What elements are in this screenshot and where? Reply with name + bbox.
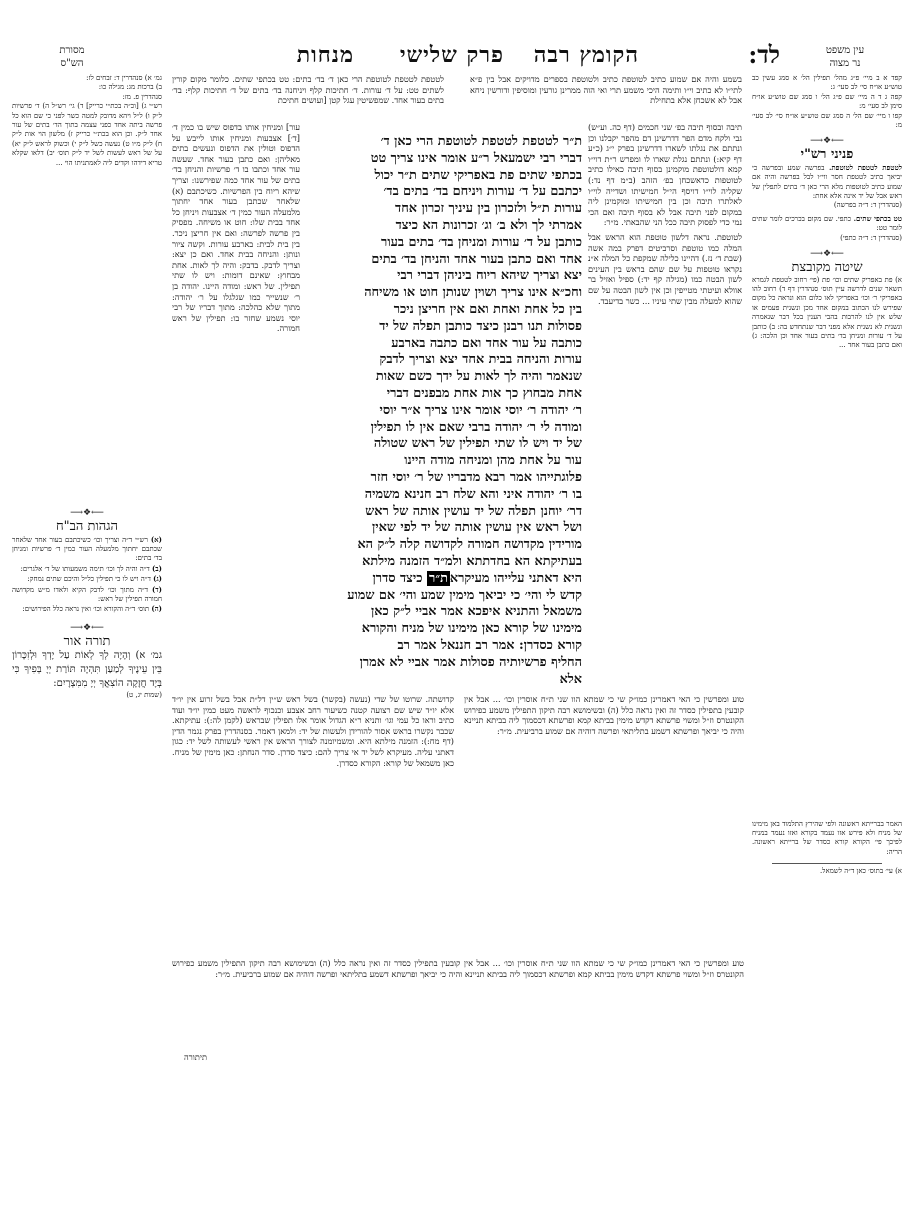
gemara-line: בכתפי שתים פת באפריקי שתים ת״ר יכול — [306, 168, 582, 185]
masoret-hashas: גמ׳ א) סנהדרין ד: זבחים לז: ב) ברכות מג:… — [12, 74, 162, 102]
hagaha-mark: (ה) — [151, 604, 162, 613]
tanu-rabanan-highlight: ת״ר — [427, 571, 450, 586]
masoret-hashas-label-line1: מסורת — [42, 44, 102, 57]
gemara-line: אלא — [306, 672, 582, 689]
footnote-rule — [772, 863, 882, 864]
pninei-rashi-title: פניני רש"י — [752, 150, 902, 159]
tosafot-bottom: טוע ומפרשין כי האי דאמרינן כמו״ק שי כי ש… — [464, 694, 744, 954]
gemara-line: ושל ראש אין עושין אותה של יד לפי שאין — [306, 520, 582, 537]
rashi-top: לטטפת לטטפת לטוטפת הרי כאן ד׳ בד׳ בתים: … — [172, 74, 444, 106]
gemara-line: יכתבם על ד׳ עורות ויניחם בד׳ בתים בד׳ — [306, 184, 582, 201]
pninei-rashi-lemma: טט בכתפי שתים. — [854, 214, 902, 223]
rashi-bottom: קדושתה. שרוטו של שדי (נעשה (בקשר) בשל רא… — [172, 694, 454, 954]
ornament-divider: ⟵❖⟶ — [752, 249, 902, 259]
gemara-line: היא דאתני עלייהו מעיקראת״ר כיצד סדרן — [306, 571, 582, 588]
shita-mekubetzet-end: האמר בברייתא ראשונה ולפי שהירץ התלמוד בא… — [752, 820, 902, 858]
gemara-line: מורידין מקדושה חמורה לקדושה קלה ל״ק הא — [306, 537, 582, 554]
gemara-line: ר׳ יהודה ר׳ יוסי אומר אינו צריך א״ר יוסי — [306, 403, 582, 420]
tosafot-side: תיבה ובסוף תיבה בפ׳ שני חכמים (דף כה. וע… — [588, 122, 742, 652]
tosafot-bottom-wide: טוע ומפרשין כי האי דאמרינן כמו״ק שי כי ש… — [172, 958, 744, 1048]
gemara-line: עורות והניחה בבית אחד יצא וצריך לדבק — [306, 352, 582, 369]
pninei-rashi-ref: (סנהדרין ד: ד״ה כתפי) — [752, 234, 902, 243]
pninei-rashi: לטטפת לטטפת לטוטפת. בפרשה שמע ובפרשה כי … — [752, 163, 902, 243]
ein-mishpat-entry: קפה ג ד ה מיי׳ שם פ״ג הל׳ ו סמג שם טוש״ע… — [752, 93, 902, 112]
torah-or-ref: (שמות יג, ט) — [12, 691, 162, 700]
gemara-line: יצא וצריך שיהא ריוח ביניהן דברי רבי — [306, 268, 582, 285]
daf-number: לד: — [748, 40, 780, 70]
masoret-entry: גמ׳ א) סנהדרין ד: זבחים לז: — [12, 74, 162, 83]
torah-or-title: תורה אור — [12, 637, 162, 646]
ein-mishpat-label-line2: נר מצוה — [810, 57, 880, 70]
ornament-divider: ⟵❖⟶ — [12, 623, 162, 633]
gemara-line: משמאל והתניא איפכא אמר אביי ל״ק כאן — [306, 604, 582, 621]
ornament-divider: ⟵❖⟶ — [752, 136, 902, 146]
tosafot-tosefet: לטוטפת. נראה דלשון טוטפת הוא הראש אבל המ… — [588, 232, 742, 652]
masoret-entry: סנהדרין פ. מז: — [12, 93, 162, 102]
masoret-entry: ב) ברכות מג: מגילה כו: — [12, 83, 162, 92]
rashi-side: עור] ומניחין אותו בדפוס שיש בו כמין ד׳ [… — [172, 122, 300, 682]
catchword: תיתורה — [184, 1052, 207, 1063]
left-margin: גמ׳ א) סנהדרין ד: זבחים לז: ב) ברכות מג:… — [12, 74, 162, 701]
chapter-number: פרק שלישי — [400, 42, 504, 68]
hagaha-mark: (ב) — [152, 564, 162, 573]
chapter-name: הקומץ רבה — [534, 42, 639, 68]
masoret-hashas-label-line2: הש"ס — [42, 57, 102, 70]
gemara-line: ת״ר לטטפת לטטפת לטוטפת הרי כאן ד׳ — [306, 134, 582, 151]
ornament-divider: ⟵❖⟶ — [12, 508, 162, 518]
gemara-line: החליף פרשיותיה פסולות אמר אביי לא אמרן — [306, 655, 582, 672]
right-margin: קפד א ב מיי׳ פ״ג מהל׳ תפילין הל׳ א סמג ע… — [752, 74, 902, 877]
shita-mekubetzet-text: א) פת באפריק שתים וכו׳ פת (פי׳ רחוב לטטפ… — [752, 276, 902, 816]
gemara-line: אמרתי לך ולא ב׳ וג׳ זכרונות הא כיצד — [306, 218, 582, 235]
hagaha-mark: (ג) — [153, 574, 162, 583]
footnote: א) עי׳ בתוס׳ כאן ד״ה לשמאל. — [752, 867, 902, 876]
tosafot-side-text: תיבה ובסוף תיבה בפ׳ שני חכמים (דף כה. וע… — [588, 122, 742, 228]
ein-mishpat-entry: קפו ו מיי׳ שם הל׳ ה סמג שם טוש״ע או״ח סי… — [752, 112, 902, 131]
gemara-line: בין כל אחת ואחת ואם אין חריצן ניכר — [306, 302, 582, 319]
hagahot-habach-title: הגהות הב"ח — [12, 522, 162, 531]
gemara-line: מימינו של קורא כאן מימינו של מניח והקורא — [306, 621, 582, 638]
ein-mishpat: קפד א ב מיי׳ פ״ג מהל׳ תפילין הל׳ א סמג ע… — [752, 74, 902, 130]
hagaha-mark: (א) — [151, 535, 162, 544]
gemara-line: בעתיקתא הא בחדתתא ולמ״ד הזמנה מילתא — [306, 554, 582, 571]
masoret-hashas-label: מסורת הש"ס — [42, 44, 102, 70]
pninei-rashi-ref: (סנהדרין ד: ד״ה בפרשה) — [752, 201, 902, 210]
gemara-line: כותבן על ד׳ עורות ומניחן בד׳ בתים בעור — [306, 235, 582, 252]
hagaha-mark: (ד) — [152, 585, 162, 594]
gemara-line: אחת מבחוץ כך אות אחת מבפנים דברי — [306, 386, 582, 403]
hagaha-text: רש״י ד״ה וצריך וכו׳ כשיכתבם בעור אחד שלא… — [12, 536, 162, 563]
rashi-notes: רש״י ג) [וכ״ה בכת״י כרייק] ד) גי׳ רש״ל ה… — [12, 102, 162, 502]
gemara-line: פלוגתייהו אמר רבא מדבריו של ר׳ יוסי חזר — [306, 470, 582, 487]
gemara-line: קורא כסדרן: אמר רב חננאל אמר רב — [306, 638, 582, 655]
ein-mishpat-entry: קפד א ב מיי׳ פ״ג מהל׳ תפילין הל׳ א סמג ע… — [752, 74, 902, 93]
gemara-line-text: היא דאתני עלייהו מעיקרא — [450, 571, 582, 586]
gemara-line: שנאמר והיה לך לאות על ידך כשם שאות — [306, 369, 582, 386]
gemara-line-text: כיצד סדרן — [373, 571, 423, 586]
gemara-line: ומודה לי ר׳ יהודה ברבי שאם אין לו תפילין — [306, 420, 582, 437]
gemara-line: עורות ת״ל ולזכרון בין עיניך זכרון אחד — [306, 201, 582, 218]
shita-mekubetzet-title: שיטה מקובצת — [752, 263, 902, 272]
gemara-line: אחד ואם כתבן בעור אחד והניחן בד׳ בתים — [306, 252, 582, 269]
gemara-line: של יד ויש לו שתי תפילין של ראש שטולה — [306, 436, 582, 453]
gemara-line: דברי רבי ישמעאל ר״ע אומר אינו צריך טט — [306, 151, 582, 168]
gemara-line: בו ר׳ יהודה איני והא שלח רב חנינא משמיה — [306, 487, 582, 504]
gemara-line: פסולות תנו רבנן כיצד כותבן תפלה של יד — [306, 319, 582, 336]
gemara-line: קדש לי והי׳ כי יביאך מימין שמע והי׳ אם ש… — [306, 588, 582, 605]
hagaha-text: ד״ה ויש לו כי תפילין כל״ל והיכם שתים נמח… — [27, 575, 151, 583]
gemara-line: עור על אחת מהן ומניחה מודה היינו — [306, 453, 582, 470]
gemara-line: כותבה על עור אחד ואם כתבה בארבע — [306, 336, 582, 353]
gemara-text: ת״ר לטטפת לטטפת לטוטפת הרי כאן ד׳ דברי ר… — [306, 134, 582, 688]
torah-or-verse: גמ׳ א) וְהָיָה לְךָ לְאוֹת עַל יָדְךָ וּ… — [12, 649, 162, 691]
tractate-name: מנחות — [297, 42, 354, 68]
hagaha-text: תוס׳ ד״ה והקורא וכו׳ ואין נראה כלל הפירו… — [22, 605, 149, 613]
gemara-line: וחכ״א אינו צריך ושוין שנותן חוט או משיחה — [306, 285, 582, 302]
hagahot-habach: (א) רש״י ד״ה וצריך וכו׳ כשיכתבם בעור אחד… — [12, 535, 162, 615]
ein-mishpat-label: עין משפט נר מצוה — [810, 44, 880, 70]
pninei-rashi-lemma: לטטפת לטטפת לטוטפת. — [829, 163, 902, 172]
hagaha-text: ד״ה מתוך וכו׳ לדבק הקיא ולאדו מ״ש מקדושה… — [12, 586, 162, 603]
tosafot-top: בשמע והיה אם שמוע כתיב לטוטפת כתיב ולטוט… — [470, 74, 742, 106]
hagaha-text: ד״ה והיה לך וכו׳ תימה משמעותו של ד׳ אלגר… — [21, 565, 150, 573]
gemara-line: דר׳ יוחנן תפלה של יד עושין אותה של ראש — [306, 504, 582, 521]
ein-mishpat-label-line1: עין משפט — [810, 44, 880, 57]
